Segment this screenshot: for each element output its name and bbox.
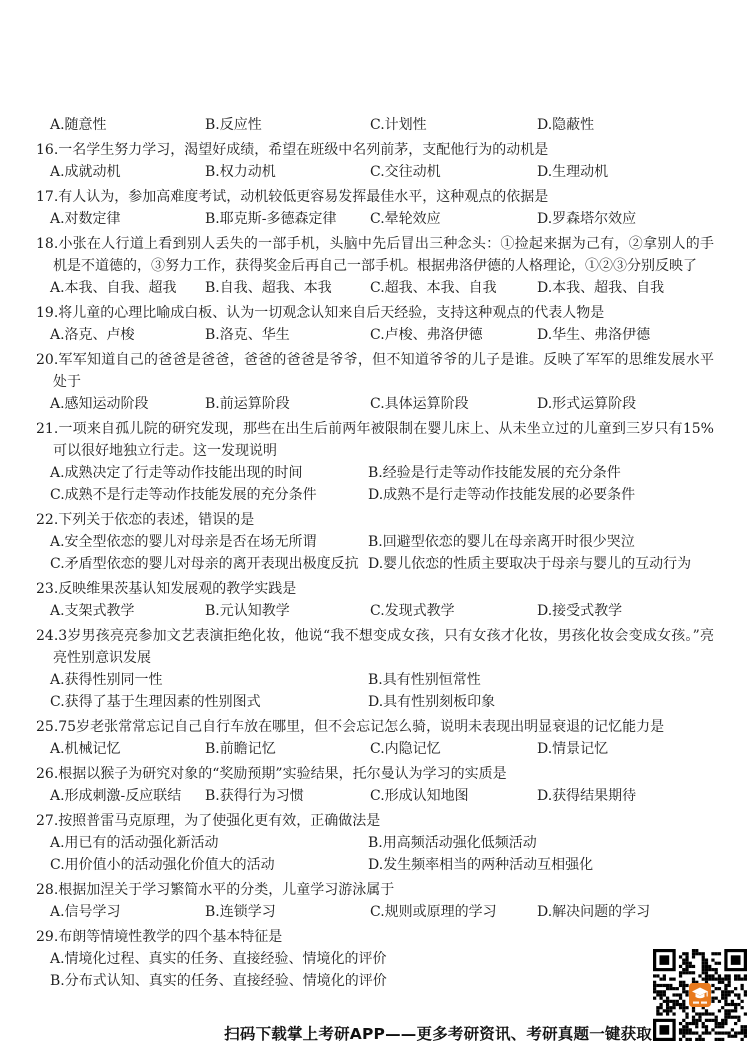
question-stem: 24.3岁男孩亮亮参加文艺表演拒绝化妆，他说“我不想变成女孩，只有女孩才化妆，男… [36,625,714,669]
question-stem: 22.下列关于依恋的表述，错误的是 [36,509,714,531]
question-number: 26. [36,766,58,782]
option: D.华生、弗洛伊德 [537,324,714,346]
options-row: A.机械记忆B.前瞻记忆C.内隐记忆D.情景记忆 [50,738,714,760]
question-number: 27. [36,813,58,829]
question-number: 22. [36,512,58,528]
exam-page: A.随意性B.反应性C.计划性D.隐蔽性16.一名学生努力学习，渴望好成绩，希望… [0,0,750,1061]
option: B.连锁学习 [205,901,370,923]
question-text: 按照普雷马克原理，为了使强化更有效，正确做法是 [58,813,380,829]
question-text: 布朗等情境性教学的四个基本特征是 [58,929,282,945]
question-stem: 18.小张在人行道上看到别人丢失的一部手机，头脑中先后冒出三种念头：①捡起来据为… [36,233,714,277]
question-stem: 20.军军知道自己的爸爸是爸爸，爸爸的爸爸是爷爷，但不知道爷爷的儿子是谁。反映了… [36,349,714,393]
option: D.罗森塔尔效应 [537,208,714,230]
question-list: A.随意性B.反应性C.计划性D.隐蔽性16.一名学生努力学习，渴望好成绩，希望… [36,114,714,992]
options-row: A.情境化过程、真实的任务、直接经验、情境化的评价B.分布式认知、真实的任务、直… [50,948,714,992]
option: B.具有性别恒常性 [368,669,714,691]
option: D.解决问题的学习 [537,901,714,923]
option: C.规则或原理的学习 [370,901,537,923]
option: A.成就动机 [50,161,205,183]
question: 25.75岁老张常常忘记自己自行车放在哪里，但不会忘记怎么骑，说明未表现出明显衰… [36,716,714,760]
question-text: 一名学生努力学习，渴望好成绩，希望在班级中名列前茅，支配他行为的动机是 [58,142,548,158]
options-row: A.支架式教学B.元认知教学C.发现式教学D.接受式教学 [50,600,714,622]
question: 18.小张在人行道上看到别人丢失的一部手机，头脑中先后冒出三种念头：①捡起来据为… [36,233,714,299]
option: C.具体运算阶段 [370,393,537,415]
question: A.随意性B.反应性C.计划性D.隐蔽性 [36,114,714,136]
option: B.分布式认知、真实的任务、直接经验、情境化的评价 [50,970,714,992]
option: A.感知运动阶段 [50,393,205,415]
option: A.随意性 [50,114,205,136]
option: C.形成认知地图 [370,785,537,807]
options-row: A.成就动机B.权力动机C.交往动机D.生理动机 [50,161,714,183]
question-number: 19. [36,305,58,321]
option: B.耶克斯-多德森定律 [205,208,370,230]
question: 24.3岁男孩亮亮参加文艺表演拒绝化妆，他说“我不想变成女孩，只有女孩才化妆，男… [36,625,714,713]
question-text: 一项来自孤儿院的研究发现，那些在出生后前两年被限制在婴儿床上、从未坐立过的儿童到… [53,421,714,459]
option: C.用价值小的活动强化价值大的活动 [50,854,368,876]
option: B.洛克、华生 [205,324,370,346]
option: C.晕轮效应 [370,208,537,230]
option: B.自我、超我、本我 [205,277,370,299]
option: C.交往动机 [370,161,537,183]
option: D.获得结果期待 [537,785,714,807]
question-text: 3岁男孩亮亮参加文艺表演拒绝化妆，他说“我不想变成女孩，只有女孩才化妆，男孩化妆… [53,628,714,666]
option: A.本我、自我、超我 [50,277,205,299]
option: C.获得了基于生理因素的性别图式 [50,691,368,713]
option: D.隐蔽性 [537,114,714,136]
option: D.接受式教学 [537,600,714,622]
options-row: A.用已有的活动强化新活动B.用高频活动强化低频活动C.用价值小的活动强化价值大… [50,832,714,876]
options-row: A.对数定律B.耶克斯-多德森定律C.晕轮效应D.罗森塔尔效应 [50,208,714,230]
question-stem: 26.根据以猴子为研究对象的“奖励预期”实验结果，托尔曼认为学习的实质是 [36,763,714,785]
question-number: 23. [36,581,58,597]
question-stem: 16.一名学生努力学习，渴望好成绩，希望在班级中名列前茅，支配他行为的动机是 [36,139,714,161]
option: A.形成刺激-反应联结 [50,785,205,807]
question: 20.军军知道自己的爸爸是爸爸，爸爸的爸爸是爷爷，但不知道爷爷的儿子是谁。反映了… [36,349,714,415]
option: D.成熟不是行走等动作技能发展的必要条件 [368,484,714,506]
option: C.发现式教学 [370,600,537,622]
options-row: A.成熟决定了行走等动作技能出现的时间B.经验是行走等动作技能发展的充分条件C.… [50,462,714,506]
question: 27.按照普雷马克原理，为了使强化更有效，正确做法是A.用已有的活动强化新活动B… [36,810,714,876]
qr-logo [689,983,711,1007]
question-stem: 23.反映维果茨基认知发展观的教学实践是 [36,578,714,600]
options-row: A.本我、自我、超我B.自我、超我、本我C.超我、本我、自我D.本我、超我、自我 [50,277,714,299]
question-stem: 19.将儿童的心理比喻成白板、认为一切观念认知来自后天经验，支持这种观点的代表人… [36,302,714,324]
footer-banner: 扫码下载掌上考研APP——更多考研资讯、考研真题一键获取 [224,1022,652,1044]
question: 26.根据以猴子为研究对象的“奖励预期”实验结果，托尔曼认为学习的实质是A.形成… [36,763,714,807]
option: C.计划性 [370,114,537,136]
options-row: A.洛克、卢梭B.洛克、华生C.卢梭、弗洛伊德D.华生、弗洛伊德 [50,324,714,346]
question-stem: 25.75岁老张常常忘记自己自行车放在哪里，但不会忘记怎么骑，说明未表现出明显衰… [36,716,714,738]
question-stem: 17.有人认为，参加高难度考试，动机较低更容易发挥最佳水平，这种观点的依据是 [36,186,714,208]
options-row: A.安全型依恋的婴儿对母亲是否在场无所谓B.回避型依恋的婴儿在母亲离开时很少哭泣… [50,531,714,575]
qr-code [653,949,747,1041]
option: C.卢梭、弗洛伊德 [370,324,537,346]
question-stem: 21.一项来自孤儿院的研究发现，那些在出生后前两年被限制在婴儿床上、从未坐立过的… [36,418,714,462]
question-stem: 29.布朗等情境性教学的四个基本特征是 [36,926,714,948]
option: B.前瞻记忆 [205,738,370,760]
option: D.本我、超我、自我 [537,277,714,299]
option: A.对数定律 [50,208,205,230]
option: C.超我、本我、自我 [370,277,537,299]
option: A.成熟决定了行走等动作技能出现的时间 [50,462,368,484]
question: 22.下列关于依恋的表述，错误的是A.安全型依恋的婴儿对母亲是否在场无所谓B.回… [36,509,714,575]
question-number: 18. [36,236,58,252]
option: D.形式运算阶段 [537,393,714,415]
question-number: 29. [36,929,58,945]
question-number: 21. [36,421,58,437]
question: 23.反映维果茨基认知发展观的教学实践是A.支架式教学B.元认知教学C.发现式教… [36,578,714,622]
option: A.情境化过程、真实的任务、直接经验、情境化的评价 [50,948,714,970]
question-number: 16. [36,142,58,158]
question-text: 小张在人行道上看到别人丢失的一部手机，头脑中先后冒出三种念头：①捡起来据为己有，… [53,236,714,274]
question-number: 17. [36,189,58,205]
option: B.回避型依恋的婴儿在母亲离开时很少哭泣 [368,531,714,553]
option: B.经验是行走等动作技能发展的充分条件 [368,462,714,484]
option: A.安全型依恋的婴儿对母亲是否在场无所谓 [50,531,368,553]
question-text: 军军知道自己的爸爸是爸爸，爸爸的爸爸是爷爷，但不知道爷爷的儿子是谁。反映了军军的… [53,352,714,390]
question-text: 反映维果茨基认知发展观的教学实践是 [58,581,296,597]
option: C.内隐记忆 [370,738,537,760]
question-text: 75岁老张常常忘记自己自行车放在哪里，但不会忘记怎么骑，说明未表现出明显衰退的记… [58,719,664,735]
options-row: A.随意性B.反应性C.计划性D.隐蔽性 [50,114,714,136]
question: 16.一名学生努力学习，渴望好成绩，希望在班级中名列前茅，支配他行为的动机是A.… [36,139,714,183]
option: D.生理动机 [537,161,714,183]
options-row: A.感知运动阶段B.前运算阶段C.具体运算阶段D.形式运算阶段 [50,393,714,415]
option: A.用已有的活动强化新活动 [50,832,368,854]
question-number: 25. [36,719,58,735]
option: C.成熟不是行走等动作技能发展的充分条件 [50,484,368,506]
option: B.反应性 [205,114,370,136]
option: A.机械记忆 [50,738,205,760]
option: B.前运算阶段 [205,393,370,415]
option: D.婴儿依恋的性质主要取决于母亲与婴儿的互动行为 [368,553,714,575]
options-row: A.信号学习B.连锁学习C.规则或原理的学习D.解决问题的学习 [50,901,714,923]
question-stem: 28.根据加涅关于学习繁简水平的分类，儿童学习游泳属于 [36,879,714,901]
question-stem: 27.按照普雷马克原理，为了使强化更有效，正确做法是 [36,810,714,832]
question: 21.一项来自孤儿院的研究发现，那些在出生后前两年被限制在婴儿床上、从未坐立过的… [36,418,714,506]
question: 28.根据加涅关于学习繁简水平的分类，儿童学习游泳属于A.信号学习B.连锁学习C… [36,879,714,923]
option: A.洛克、卢梭 [50,324,205,346]
question: 17.有人认为，参加高难度考试，动机较低更容易发挥最佳水平，这种观点的依据是A.… [36,186,714,230]
question-number: 20. [36,352,58,368]
option: B.用高频活动强化低频活动 [368,832,714,854]
option: A.支架式教学 [50,600,205,622]
option: D.情景记忆 [537,738,714,760]
options-row: A.获得性别同一性B.具有性别恒常性C.获得了基于生理因素的性别图式D.具有性别… [50,669,714,713]
option: B.元认知教学 [205,600,370,622]
question-text: 有人认为，参加高难度考试，动机较低更容易发挥最佳水平，这种观点的依据是 [58,189,548,205]
options-row: A.形成刺激-反应联结B.获得行为习惯C.形成认知地图D.获得结果期待 [50,785,714,807]
question-text: 下列关于依恋的表述，错误的是 [58,512,254,528]
question-text: 根据加涅关于学习繁简水平的分类，儿童学习游泳属于 [58,882,394,898]
question-number: 28. [36,882,58,898]
question: 29.布朗等情境性教学的四个基本特征是A.情境化过程、真实的任务、直接经验、情境… [36,926,714,992]
option: A.获得性别同一性 [50,669,368,691]
option: D.发生频率相当的两种活动互相强化 [368,854,714,876]
option: B.权力动机 [205,161,370,183]
option: A.信号学习 [50,901,205,923]
question-number: 24. [36,628,58,644]
graduation-cap-icon [689,983,711,1007]
question-text: 将儿童的心理比喻成白板、认为一切观念认知来自后天经验，支持这种观点的代表人物是 [58,305,604,321]
question-text: 根据以猴子为研究对象的“奖励预期”实验结果，托尔曼认为学习的实质是 [58,766,506,782]
option: D.具有性别刻板印象 [368,691,714,713]
option: C.矛盾型依恋的婴儿对母亲的离开表现出极度反抗 [50,553,368,575]
question: 19.将儿童的心理比喻成白板、认为一切观念认知来自后天经验，支持这种观点的代表人… [36,302,714,346]
option: B.获得行为习惯 [205,785,370,807]
